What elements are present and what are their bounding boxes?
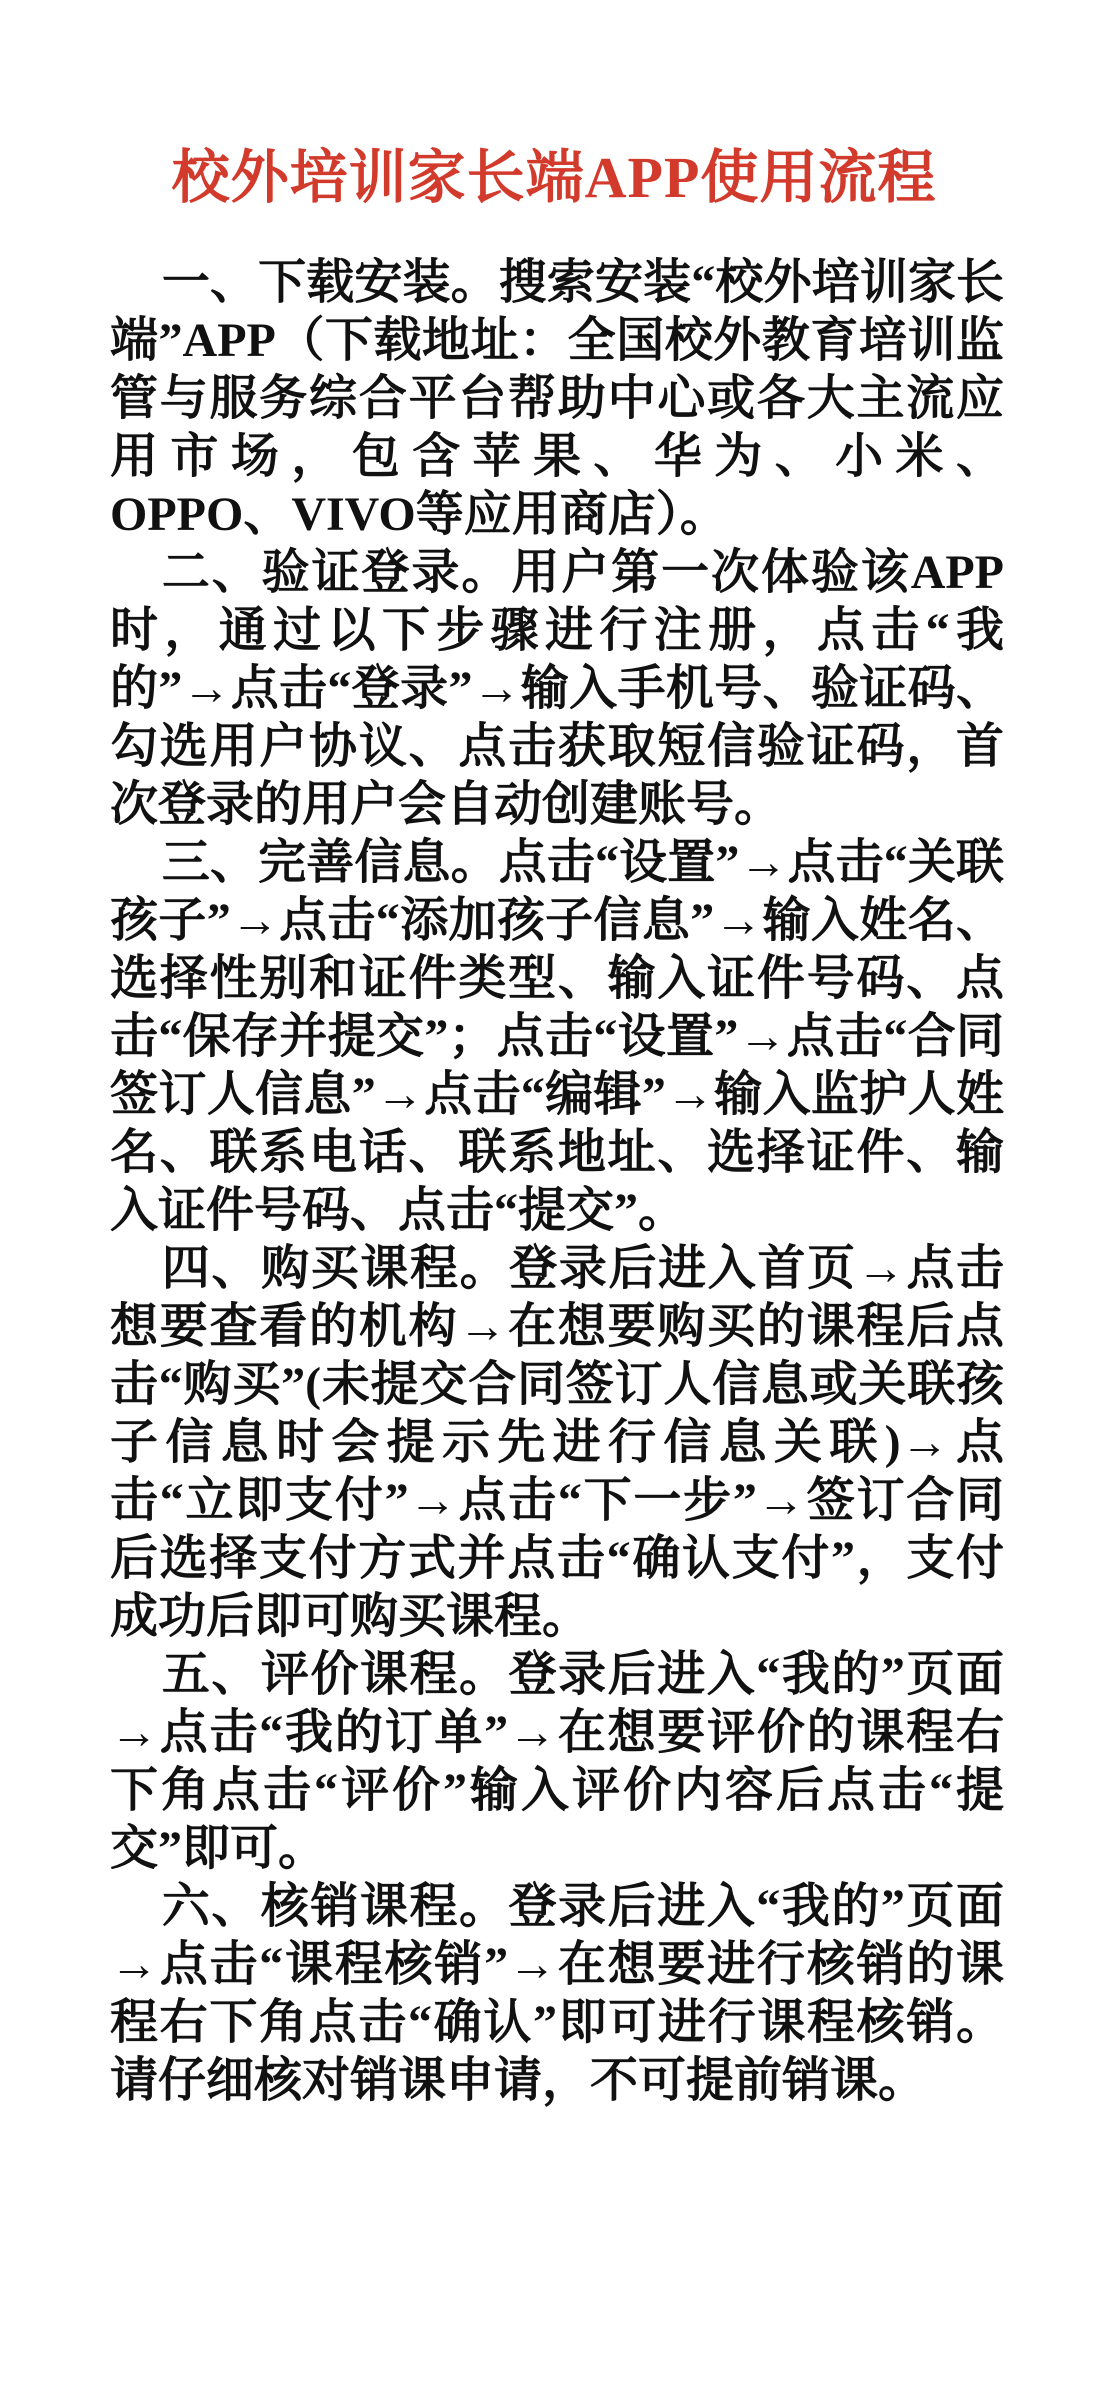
paragraph-review-course: 五、评价课程。登录后进入“我的”页面→点击“我的订单”→在想要评价的课程右下角点… xyxy=(110,1646,1004,1878)
paragraph-complete-info: 三、完善信息。点击“设置”→点击“关联孩子”→点击“添加孩子信息”→输入姓名、选… xyxy=(110,834,1004,1240)
page-title: 校外培训家长端APP使用流程 xyxy=(0,0,1108,218)
paragraph-redeem-course: 六、核销课程。登录后进入“我的”页面→点击“课程核销”→在想要进行核销的课程右下… xyxy=(110,1878,1004,2110)
paragraph-download-install: 一、下载安装。搜索安装“校外培训家长端”APP（下载地址：全国校外教育培训监管与… xyxy=(110,254,1004,544)
document-body: 一、下载安装。搜索安装“校外培训家长端”APP（下载地址：全国校外教育培训监管与… xyxy=(0,254,1108,2110)
document-page: 校外培训家长端APP使用流程 一、下载安装。搜索安装“校外培训家长端”APP（下… xyxy=(0,0,1108,2398)
paragraph-verify-login: 二、验证登录。用户第一次体验该APP时，通过以下步骤进行注册，点击“我的”→点击… xyxy=(110,544,1004,834)
paragraph-buy-course: 四、购买课程。登录后进入首页→点击想要查看的机构→在想要购买的课程后点击“购买”… xyxy=(110,1240,1004,1646)
